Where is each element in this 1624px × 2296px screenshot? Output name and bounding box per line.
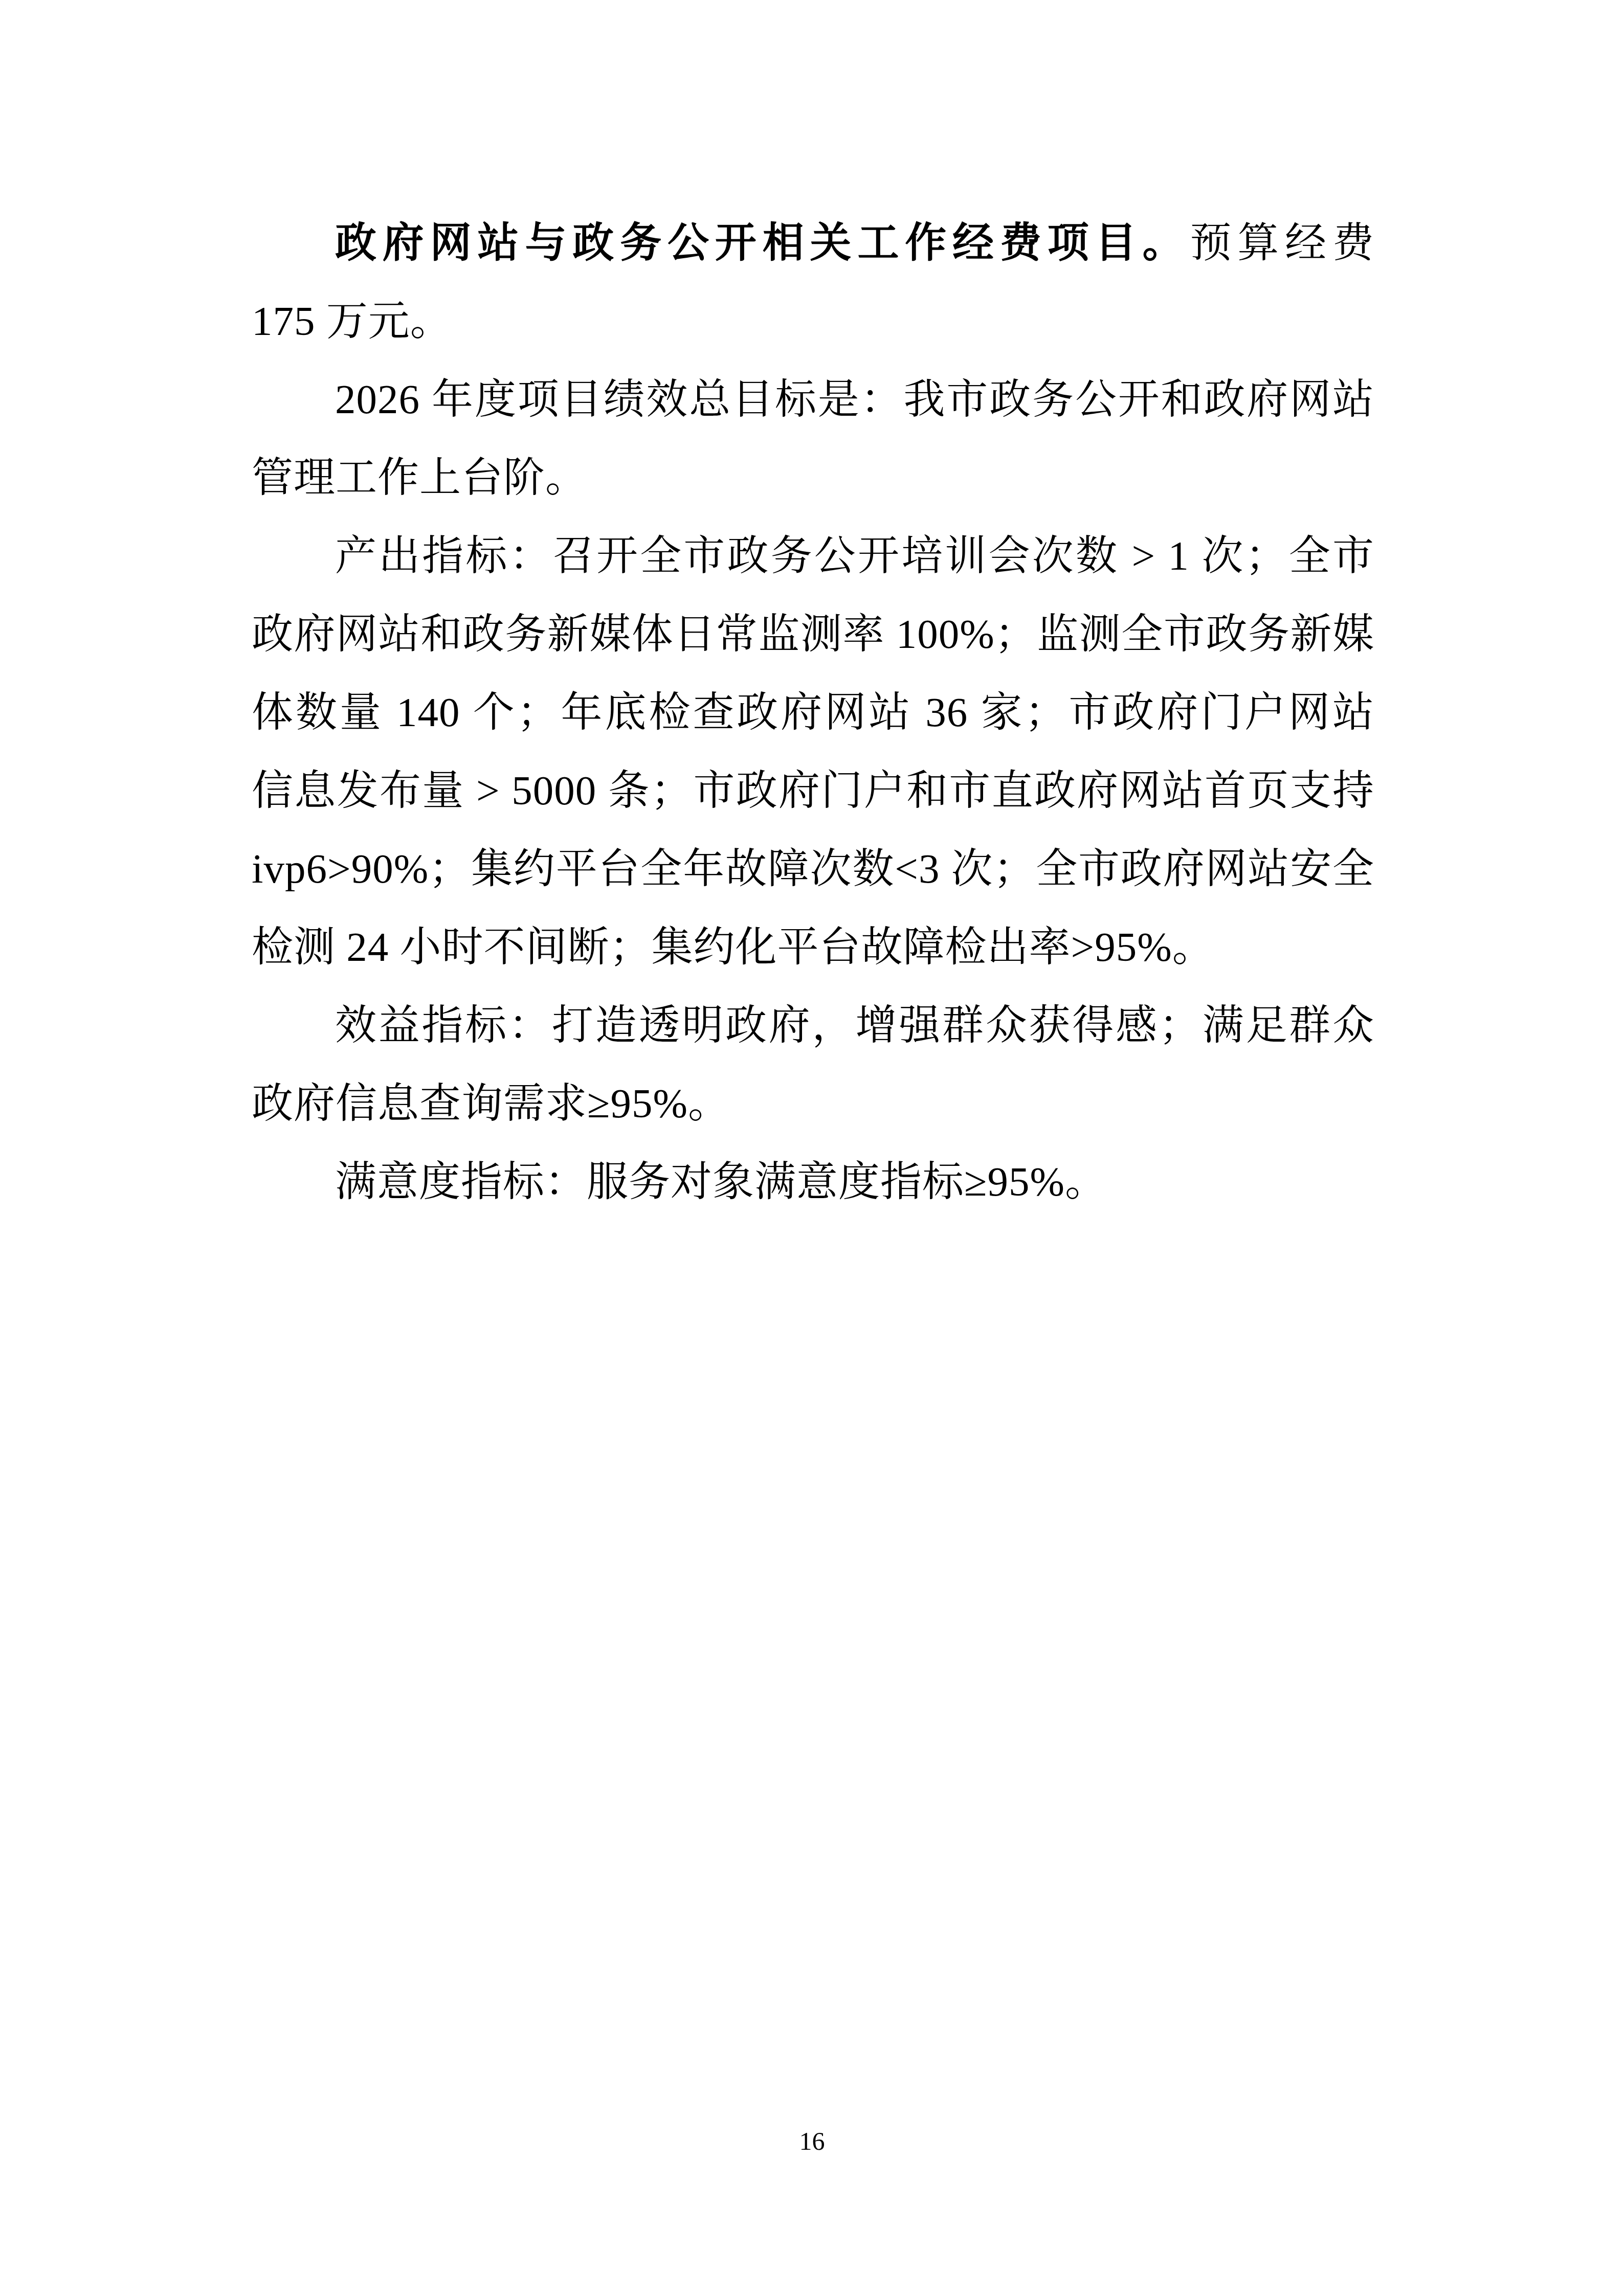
text-line: 2026 年度项目绩效总目标是：我市政务公开和政府网站 [252,361,1374,439]
body-text: 政府网站与政务公开相关工作经费项目。预算经费 175 万元。 2026 年度项目… [252,204,1374,1221]
text-line: 175 万元。 [252,282,1374,361]
text-line: 检测 24 小时不间断；集约化平台故障检出率>95%。 [252,908,1374,986]
text-line: ivp6>90%；集约平台全年故障次数<3 次；全市政府网站安全 [252,830,1374,908]
text-line: 体数量 140 个；年底检查政府网站 36 家；市政府门户网站 [252,673,1374,752]
text-line: 政府网站与政务公开相关工作经费项目。预算经费 [252,204,1374,282]
text-line: 满意度指标：服务对象满意度指标≥95%。 [252,1143,1374,1221]
text-line: 效益指标：打造透明政府，增强群众获得感；满足群众 [252,986,1374,1065]
page-number: 16 [0,2125,1624,2157]
line-text: 预算经费 [1190,220,1374,266]
text-line: 信息发布量 > 5000 条；市政府门户和市直政府网站首页支持 [252,752,1374,830]
text-line: 管理工作上台阶。 [252,439,1374,517]
paragraph-bold-heading: 政府网站与政务公开相关工作经费项目。 [335,220,1190,266]
text-line: 政府信息查询需求≥95%。 [252,1065,1374,1143]
text-line: 政府网站和政务新媒体日常监测率 100%；监测全市政务新媒 [252,595,1374,673]
text-line: 产出指标：召开全市政务公开培训会次数 > 1 次；全市 [252,517,1374,595]
